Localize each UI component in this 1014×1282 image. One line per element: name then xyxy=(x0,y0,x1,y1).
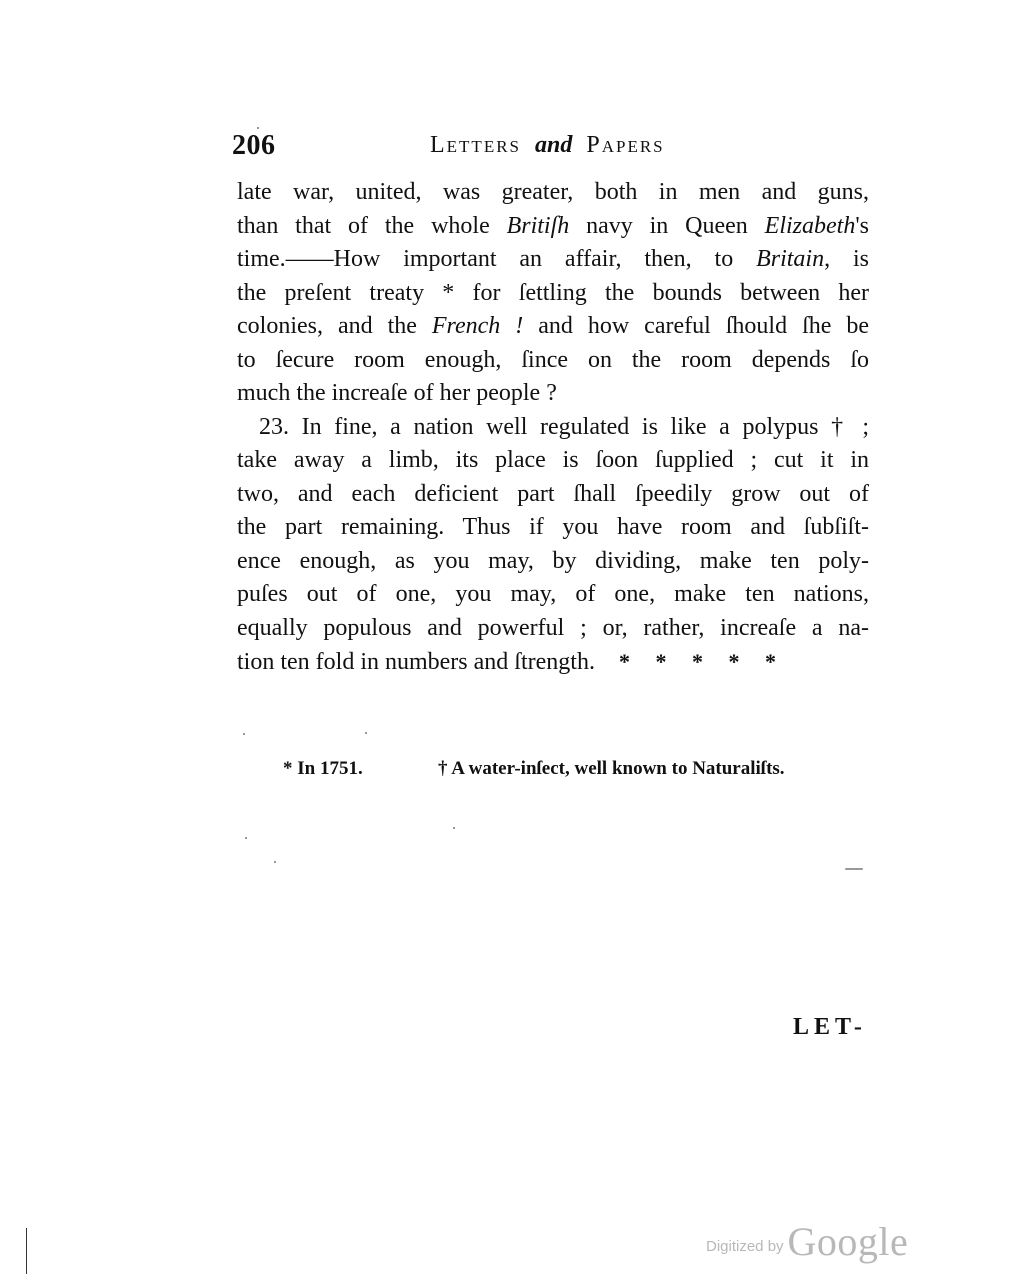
book-page: 206 Letters and Papers late war, united,… xyxy=(0,0,1014,1282)
footnote-mark: * xyxy=(283,758,293,779)
scan-speck xyxy=(453,827,455,829)
footnote-mark: † xyxy=(438,758,448,779)
footnote-asterisk: * In 1751. xyxy=(283,758,363,780)
scan-speck xyxy=(243,733,245,735)
italic-elizabeth: Elizabeth xyxy=(765,213,856,239)
italic-britain: Britain xyxy=(756,246,824,272)
scan-speck xyxy=(257,127,259,129)
google-logo-text: Google xyxy=(788,1219,909,1264)
watermark-prefix: Digitized by xyxy=(706,1238,784,1255)
paragraph-start-line: 23. In fine, a nation well regulated is … xyxy=(237,411,869,445)
italic-french: French ! xyxy=(432,313,523,339)
header-title: Letters and Papers xyxy=(430,132,665,159)
running-head: 206 Letters and Papers xyxy=(232,130,722,166)
footnote-dagger: † A water-inſect, well known to Naturali… xyxy=(438,758,785,780)
text-line: tion ten fold in numbers and ſtrength.* … xyxy=(237,645,869,679)
text-line: take away a limb, its place is ſoon ſupp… xyxy=(237,444,869,478)
text-line: two, and each deficient part ſhall ſpeed… xyxy=(237,478,869,512)
text-line: late war, united, was greater, both in m… xyxy=(237,176,869,210)
header-title-connector: and xyxy=(535,132,572,158)
scan-speck xyxy=(274,861,276,863)
text-line: equally populous and powerful ; or, rath… xyxy=(237,612,869,646)
text-line: the part remaining. Thus if you have roo… xyxy=(237,511,869,545)
catchword: LET- xyxy=(793,1014,867,1041)
text-line: to ſecure room enough, ſince on the room… xyxy=(237,344,869,378)
text-line: puſes out of one, you may, of one, make … xyxy=(237,578,869,612)
footnote-text: A water-inſect, well known to Naturaliſt… xyxy=(451,758,784,779)
scan-edge-mark xyxy=(26,1228,27,1274)
page-number: 206 xyxy=(232,130,276,162)
digitized-watermark: Digitized by Google xyxy=(706,1218,908,1265)
text-line: much the increaſe of her people ? xyxy=(237,377,869,411)
scan-speck xyxy=(845,868,863,870)
footnotes: * In 1751. † A water-inſect, well known … xyxy=(283,758,843,780)
section-end-asterisks: * * * * * xyxy=(619,645,786,679)
text-line: than that of the whole Britiſh navy in Q… xyxy=(237,210,869,244)
scan-speck xyxy=(245,837,247,839)
text-line: the preſent treaty * for ſettling the bo… xyxy=(237,277,869,311)
header-title-part2: Papers xyxy=(586,132,664,158)
text-line: ence enough, as you may, by dividing, ma… xyxy=(237,545,869,579)
body-text: late war, united, was greater, both in m… xyxy=(237,176,869,679)
italic-british: Britiſh xyxy=(507,213,570,239)
footnote-text: In 1751. xyxy=(297,758,362,779)
text-line: time.——How important an affair, then, to… xyxy=(237,243,869,277)
scan-speck xyxy=(365,732,367,734)
header-title-part1: Letters xyxy=(430,132,521,158)
text-line: colonies, and the French ! and how caref… xyxy=(237,310,869,344)
